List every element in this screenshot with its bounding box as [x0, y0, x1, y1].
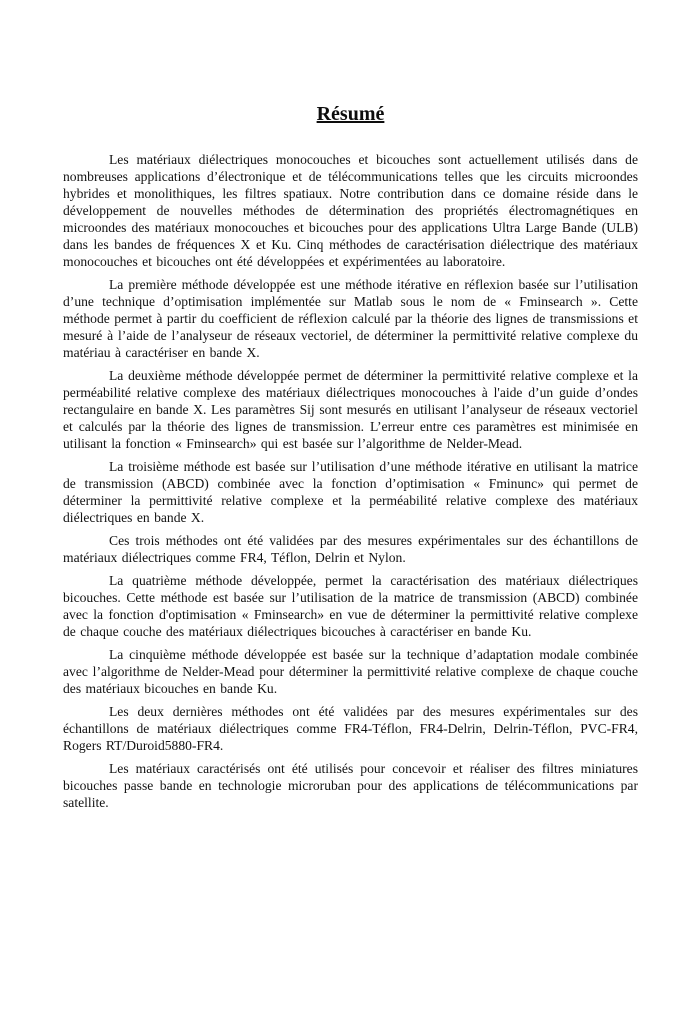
paragraph: Les deux dernières méthodes ont été vali… [63, 703, 638, 754]
paragraph: La deuxième méthode développée permet de… [63, 367, 638, 452]
page-title: Résumé [63, 103, 638, 126]
paragraph: La quatrième méthode développée, permet … [63, 572, 638, 640]
paragraph: La première méthode développée est une m… [63, 276, 638, 361]
paragraph: La troisième méthode est basée sur l’uti… [63, 458, 638, 526]
paragraph: La cinquième méthode développée est basé… [63, 646, 638, 697]
abstract-body: Les matériaux diélectriques monocouches … [63, 151, 638, 811]
paragraph: Les matériaux caractérisés ont été utili… [63, 760, 638, 811]
paragraph: Les matériaux diélectriques monocouches … [63, 151, 638, 270]
document-page: Résumé Les matériaux diélectriques monoc… [0, 0, 700, 1028]
paragraph: Ces trois méthodes ont été validées par … [63, 532, 638, 566]
